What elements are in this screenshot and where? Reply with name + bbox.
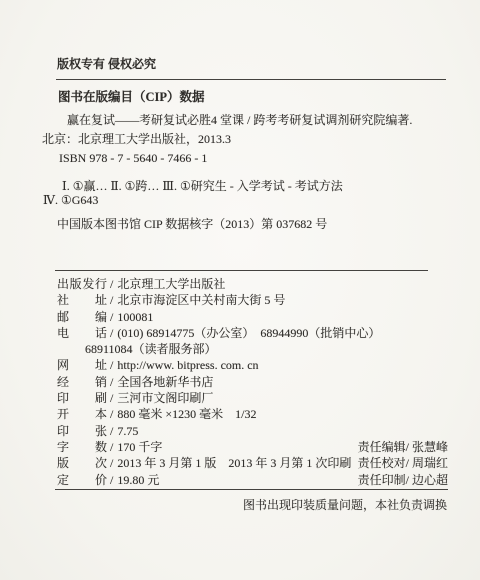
- label-separator: /: [107, 276, 117, 292]
- row-value: http://www. bitpress. com. cn: [117, 357, 448, 373]
- colophon-row-edition: 版次/2013 年 3 月第 1 版 2013 年 3 月第 1 次印刷责任校对…: [57, 455, 448, 471]
- colophon: 出版发行/北京理工大学出版社 社址/北京市海淀区中关村南大街 5 号 邮编/10…: [57, 276, 448, 488]
- row-label: 版次: [57, 455, 107, 471]
- cip-divider: [55, 270, 428, 271]
- cip-isbn: ISBN 978 - 7 - 5640 - 7466 - 1: [59, 151, 207, 166]
- cip-record-line-2: 北京：北京理工大学出版社，2013.3: [42, 130, 231, 147]
- cip-classification-line-2: Ⅳ. ①G643: [43, 193, 98, 208]
- label-separator: /: [107, 325, 117, 341]
- colophon-row-phone-extra: 68911084（读者服务部）: [57, 341, 448, 357]
- row-value: 北京市海淀区中关村南大街 5 号: [117, 292, 448, 308]
- staff-proofreader: 责任校对/ 周瑞红: [358, 455, 448, 471]
- row-label: 印张: [57, 423, 107, 439]
- colophon-row-printer: 印刷/三河市文阁印刷厂: [57, 390, 448, 406]
- cip-heading: 图书在版编目（CIP）数据: [58, 87, 205, 105]
- label-separator: /: [107, 390, 117, 406]
- label-separator: /: [107, 357, 117, 373]
- row-label: 网址: [57, 357, 107, 373]
- colophon-row-phone: 电话/(010) 68914775（办公室） 68944990（批销中心）: [57, 325, 448, 341]
- colophon-row-address: 社址/北京市海淀区中关村南大街 5 号: [57, 292, 448, 308]
- label-separator: /: [107, 423, 117, 439]
- label-separator: /: [107, 309, 117, 325]
- row-value: 2013 年 3 月第 1 版 2013 年 3 月第 1 次印刷: [117, 455, 357, 471]
- row-label: 印刷: [57, 390, 107, 406]
- row-label: 社址: [57, 292, 107, 308]
- label-separator: /: [107, 439, 117, 455]
- row-label: 经销: [57, 374, 107, 390]
- row-label: 邮编: [57, 309, 107, 325]
- staff-editor: 责任编辑/ 张慧峰: [358, 439, 448, 455]
- colophon-row-website: 网址/http://www. bitpress. com. cn: [57, 357, 448, 373]
- copyright-notice: 版权专有 侵权必究: [57, 55, 156, 72]
- label-separator: /: [107, 292, 117, 308]
- colophon-row-wordcount: 字数/170 千字责任编辑/ 张慧峰: [57, 439, 448, 455]
- label-separator: /: [107, 406, 117, 422]
- label-separator: /: [107, 455, 117, 471]
- row-value: 7.75: [117, 423, 448, 439]
- row-value: 三河市文阁印刷厂: [117, 390, 448, 406]
- colophon-row-distribution: 经销/全国各地新华书店: [57, 374, 448, 390]
- row-value: 北京理工大学出版社: [117, 276, 448, 292]
- row-value: 68911084（读者服务部）: [85, 341, 448, 357]
- colophon-row-postcode: 邮编/100081: [57, 309, 448, 325]
- cip-classification-line-1: Ⅰ. ①赢… Ⅱ. ①跨… Ⅲ. ①研究生 - 入学考试 - 考试方法: [62, 177, 343, 194]
- row-label: 出版发行: [57, 276, 107, 292]
- quality-note: 图书出现印装质量问题，本社负责调换: [57, 496, 447, 513]
- colophon-row-format: 开本/880 毫米 ×1230 毫米 1/32: [57, 406, 448, 422]
- colophon-row-price: 定价/19.80 元责任印制/ 边心超: [57, 472, 448, 488]
- row-label: 字数: [57, 439, 107, 455]
- row-value: 全国各地新华书店: [117, 374, 448, 390]
- copyright-page: 版权专有 侵权必究 图书在版编目（CIP）数据 赢在复试——考研复试必胜4 堂课…: [0, 0, 480, 580]
- row-label: 开本: [57, 406, 107, 422]
- row-value: 880 毫米 ×1230 毫米 1/32: [117, 406, 448, 422]
- colophon-row-sheets: 印张/7.75: [57, 423, 448, 439]
- row-value: 19.80 元: [117, 472, 357, 488]
- cip-registry-number: 中国版本图书馆 CIP 数据核字（2013）第 037682 号: [57, 215, 327, 232]
- row-value: (010) 68914775（办公室） 68944990（批销中心）: [117, 325, 448, 341]
- staff-printing: 责任印制/ 边心超: [358, 472, 448, 488]
- top-divider: [56, 79, 446, 80]
- label-separator: /: [107, 374, 117, 390]
- row-label: 定价: [57, 472, 107, 488]
- bottom-divider: [55, 489, 448, 490]
- row-label: 电话: [57, 325, 107, 341]
- row-value: 100081: [117, 309, 448, 325]
- label-separator: /: [107, 472, 117, 488]
- cip-record-line-1: 赢在复试——考研复试必胜4 堂课 / 跨考考研复试调剂研究院编著.: [67, 111, 412, 128]
- colophon-row-publisher: 出版发行/北京理工大学出版社: [57, 276, 448, 292]
- row-value: 170 千字: [117, 439, 357, 455]
